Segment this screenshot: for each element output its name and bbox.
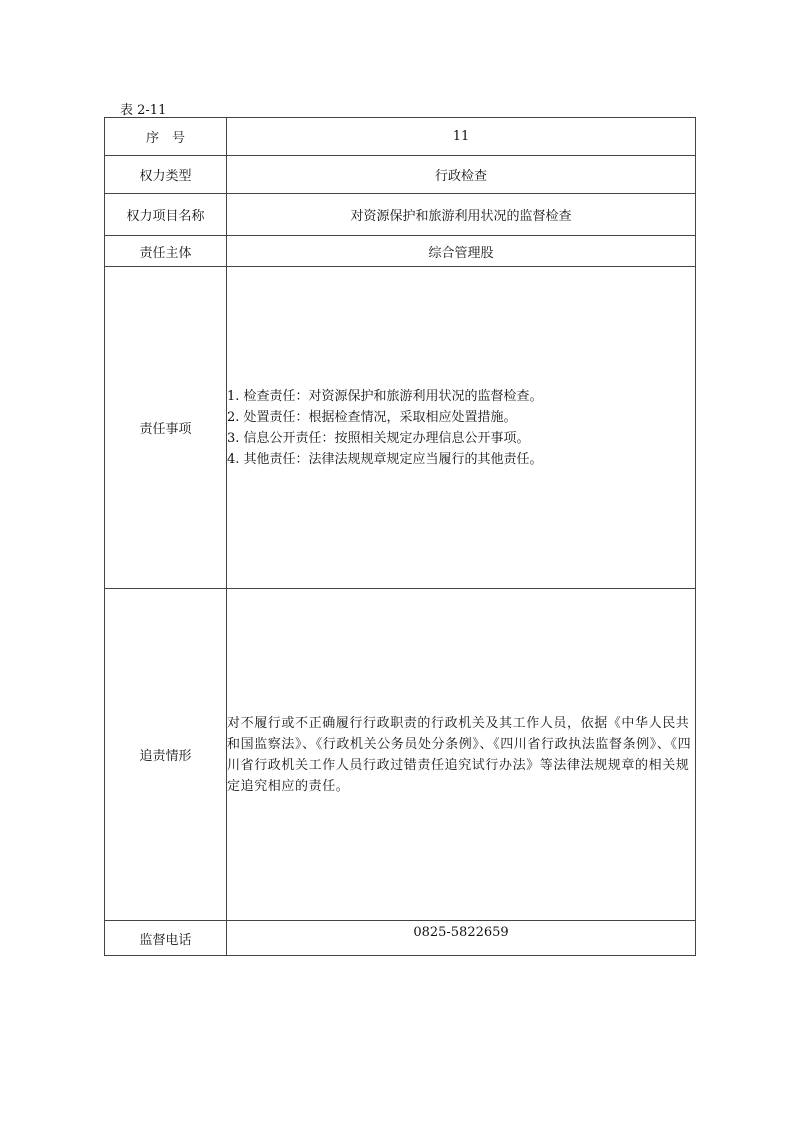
table-row: 责任事项 1. 检查责任：对资源保护和旅游利用状况的监督检查。 2. 处置责任：… xyxy=(105,267,696,589)
row-value-power-name: 对资源保护和旅游利用状况的监督检查 xyxy=(227,194,696,236)
row-value-supervision-phone: 0825-5822659 xyxy=(227,921,696,956)
row-label-responsibilities: 责任事项 xyxy=(105,267,227,589)
row-label-power-type: 权力类型 xyxy=(105,156,227,194)
row-label-serial: 序 号 xyxy=(105,118,227,156)
row-value-responsibilities: 1. 检查责任：对资源保护和旅游利用状况的监督检查。 2. 处置责任：根据检查情… xyxy=(227,267,696,589)
row-label-power-name: 权力项目名称 xyxy=(105,194,227,236)
row-label-responsible-body: 责任主体 xyxy=(105,236,227,267)
responsibility-table: 序 号 11 权力类型 行政检查 权力项目名称 对资源保护和旅游利用状况的监督检… xyxy=(104,117,696,956)
row-value-power-type: 行政检查 xyxy=(227,156,696,194)
row-value-responsible-body: 综合管理股 xyxy=(227,236,696,267)
table-row: 监督电话 0825-5822659 xyxy=(105,921,696,956)
table-row: 权力类型 行政检查 xyxy=(105,156,696,194)
table-row: 序 号 11 xyxy=(105,118,696,156)
responsibility-item: 1. 检查责任：对资源保护和旅游利用状况的监督检查。 xyxy=(227,386,695,407)
row-value-serial: 11 xyxy=(227,118,696,156)
responsibility-item: 3. 信息公开责任：按照相关规定办理信息公开事项。 xyxy=(227,428,695,449)
responsibility-item: 2. 处置责任：根据检查情况，采取相应处置措施。 xyxy=(227,407,695,428)
responsibility-item: 4. 其他责任：法律法规规章规定应当履行的其他责任。 xyxy=(227,449,695,470)
row-label-supervision-phone: 监督电话 xyxy=(105,921,227,956)
table-row: 追责情形 对不履行或不正确履行行政职责的行政机关及其工作人员，依据《中华人民共和… xyxy=(105,589,696,921)
table-row: 责任主体 综合管理股 xyxy=(105,236,696,267)
table-caption: 表 2-11 xyxy=(120,99,166,118)
row-value-accountability: 对不履行或不正确履行行政职责的行政机关及其工作人员，依据《中华人民共和国监察法》… xyxy=(227,589,696,921)
row-label-accountability: 追责情形 xyxy=(105,589,227,921)
table-row: 权力项目名称 对资源保护和旅游利用状况的监督检查 xyxy=(105,194,696,236)
